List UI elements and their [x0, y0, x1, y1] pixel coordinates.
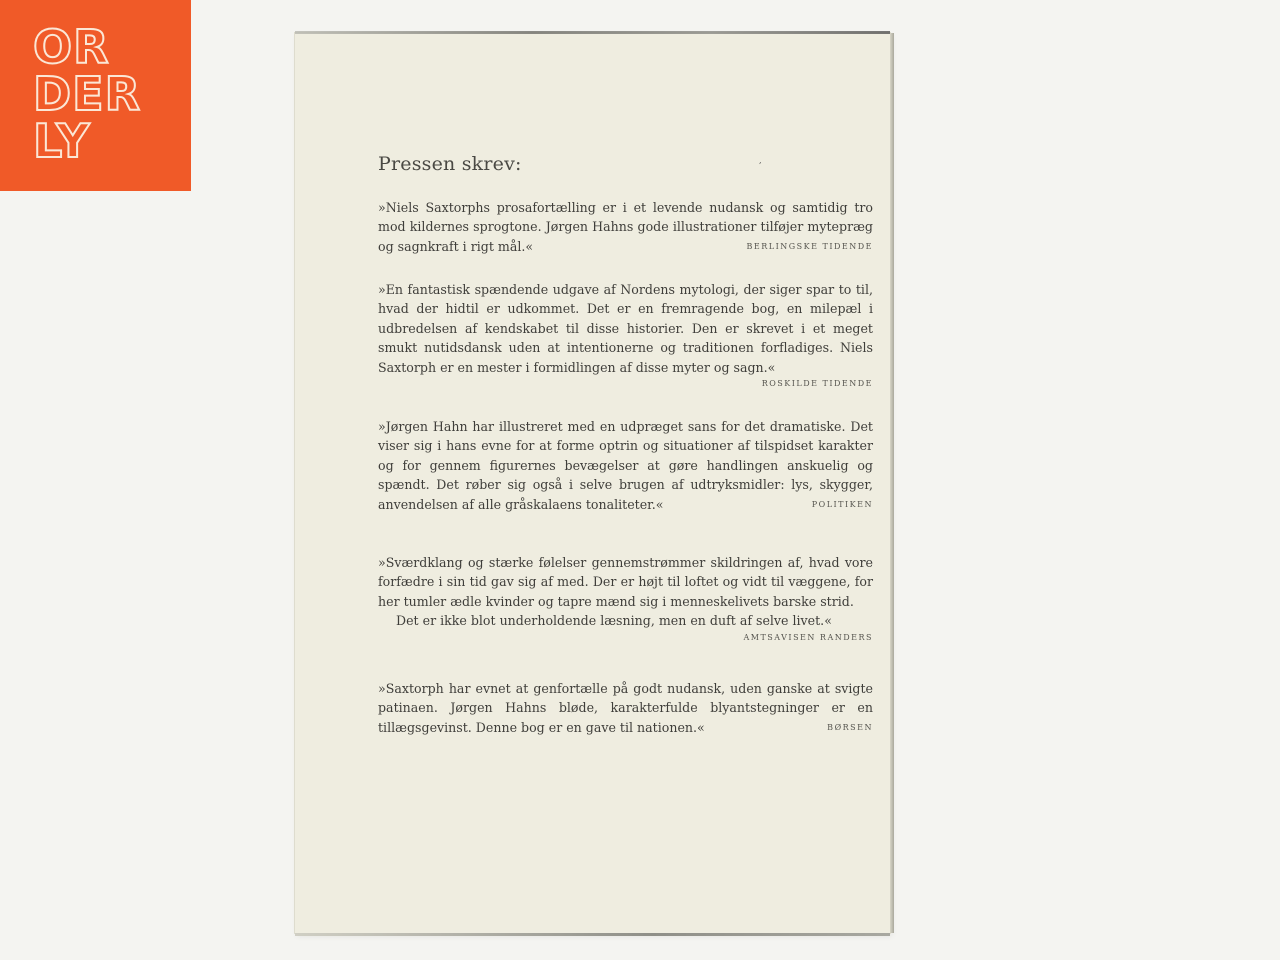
- review-politiken: »Jørgen Hahn har illustreret med en udpr…: [378, 417, 873, 514]
- review-roskilde: »En fantastisk spændende udgave af Norde…: [378, 280, 873, 388]
- press-quotes: Pressen skrev: , »Niels Saxtorphs prosaf…: [378, 153, 873, 199]
- press-heading: Pressen skrev:: [378, 153, 873, 175]
- review-amtsavisen: »Sværdklang og stærke følelser gennemstr…: [378, 553, 873, 642]
- book-top-edge: [295, 31, 890, 34]
- logo-line-2: DER: [33, 71, 141, 118]
- review-source: Roskilde Tidende: [378, 379, 873, 388]
- orderly-logo: OR DER LY: [0, 0, 191, 191]
- print-mark: ,: [759, 156, 762, 165]
- review-text: »En fantastisk spændende udgave af Norde…: [378, 280, 873, 377]
- review-text: »Sværdklang og stærke følelser gennemstr…: [378, 553, 873, 631]
- review-borsen: »Saxtorph har evnet at genfortælle på go…: [378, 679, 873, 738]
- book-bottom-edge: [295, 933, 890, 936]
- logo-wordmark: OR DER LY: [33, 24, 141, 165]
- book-back-cover: Pressen skrev: , »Niels Saxtorphs prosaf…: [295, 33, 890, 933]
- review-berlingske: »Niels Saxtorphs prosafortælling er i et…: [378, 198, 873, 257]
- book-spine-edge: [890, 33, 894, 933]
- review-source: Amtsavisen Randers: [378, 633, 873, 642]
- logo-line-3: LY: [33, 118, 141, 165]
- logo-line-1: OR: [33, 24, 141, 71]
